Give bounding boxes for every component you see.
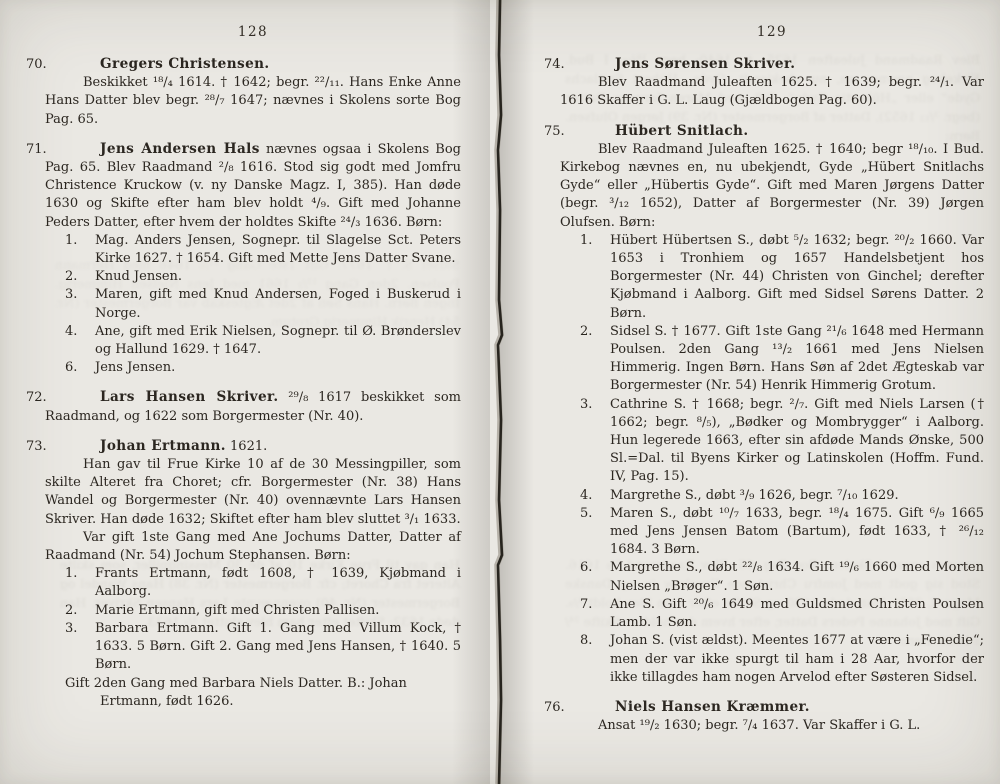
paragraph: Blev Raadmand Juleaften 1625. † 1640; be… (560, 141, 984, 232)
entry-heading: Lars Hansen Skriver. ²⁹/₈ 1617 beskikket… (45, 388, 461, 425)
child-item: 8.Johan S. (vist ældst). Meentes 1677 at… (560, 632, 984, 687)
child-text: Maren S., døbt ¹⁰/₇ 1633, begr. ¹⁸/₄ 167… (610, 506, 984, 557)
page-number: 128 (45, 24, 461, 40)
child-item: 7.Ane S. Gift ²⁰/₆ 1649 med Guldsmed Chr… (560, 596, 984, 632)
child-text: Mag. Anders Jensen, Sognepr. til Slagels… (95, 233, 461, 266)
child-text: Ane S. Gift ²⁰/₆ 1649 med Guldsmed Chris… (610, 597, 984, 630)
entry-heading: Niels Hansen Kræmmer. (560, 698, 984, 717)
paragraph: Ansat ¹⁹/₂ 1630; begr. ⁷/₄ 1637. Var Ska… (560, 717, 984, 735)
entry-list: 70.Gregers Christensen.Beskikket ¹⁸/₄ 16… (45, 55, 461, 711)
child-text: Jens Jensen. (95, 360, 175, 375)
entry-heading: Hübert Snitlach. (560, 122, 984, 141)
child-number: 5. (580, 505, 606, 523)
child-item: 4.Margrethe S., døbt ³/₉ 1626, begr. ⁷/₁… (560, 487, 984, 505)
child-number: 3. (580, 396, 606, 414)
entry-name: Johan Ertmann. (100, 438, 226, 454)
entry-number: 73. (26, 438, 47, 456)
entry-heading: Jens Sørensen Skriver. (560, 55, 984, 74)
entry: 73.Johan Ertmann. 1621.Han gav til Frue … (45, 437, 461, 711)
child-number: 4. (580, 487, 606, 505)
child-text: Frants Ertmann, født 1608, † 1639, Kjøbm… (95, 566, 461, 599)
child-item: 4.Ane, gift med Erik Nielsen, Sognepr. t… (45, 323, 461, 359)
child-number: 8. (580, 632, 606, 650)
page-right: 129 74.Jens Sørensen Skriver.Blev Raadma… (560, 24, 984, 746)
child-number: 6. (580, 559, 606, 577)
child-text: Barbara Ertmann. Gift 1. Gang med Villum… (95, 621, 461, 672)
page-number: 129 (560, 24, 984, 40)
child-item: 3.Barbara Ertmann. Gift 1. Gang med Vill… (45, 620, 461, 675)
child-item: 3.Maren, gift med Knud Andersen, Foged i… (45, 286, 461, 322)
entry-number: 76. (544, 699, 565, 717)
binding-line-graphic (486, 0, 514, 784)
gutter-shadow (500, 0, 534, 784)
child-item: 6.Jens Jensen. (45, 359, 461, 377)
entry-heading: Gregers Christensen. (45, 55, 461, 74)
entry-heading: Jens Andersen Hals nævnes ogsaa i Skolen… (45, 140, 461, 232)
paragraph: Beskikket ¹⁸/₄ 1614. † 1642; begr. ²²/₁₁… (45, 74, 461, 129)
entry: 76.Niels Hansen Kræmmer.Ansat ¹⁹/₂ 1630;… (560, 698, 984, 735)
paragraph: Han gav til Frue Kirke 10 af de 30 Messi… (45, 456, 461, 529)
entry-number: 72. (26, 389, 47, 407)
binding-gutter (486, 0, 514, 784)
child-number: 2. (65, 268, 91, 286)
child-text: Johan S. (vist ældst). Meentes 1677 at v… (610, 633, 984, 684)
entry-number: 75. (544, 123, 565, 141)
child-number: 1. (65, 232, 91, 250)
child-item: 1.Frants Ertmann, født 1608, † 1639, Kjø… (45, 565, 461, 601)
entry-heading: Johan Ertmann. 1621. (45, 437, 461, 456)
entry: 75.Hübert Snitlach.Blev Raadmand Juleaft… (560, 122, 984, 687)
child-text: Marie Ertmann, gift med Christen Pallise… (95, 603, 379, 618)
child-number: 6. (65, 359, 91, 377)
entry: 74.Jens Sørensen Skriver.Blev Raadmand J… (560, 55, 984, 111)
child-item: 5.Maren S., døbt ¹⁰/₇ 1633, begr. ¹⁸/₄ 1… (560, 505, 984, 560)
entry-number: 71. (26, 141, 47, 159)
child-text: Sidsel S. † 1677. Gift 1ste Gang ²¹/₆ 16… (610, 324, 984, 394)
child-item: 2.Marie Ertmann, gift med Christen Palli… (45, 602, 461, 620)
entry-name: Hübert Snitlach. (615, 123, 748, 139)
entry-number: 74. (544, 56, 565, 74)
page-left: 128 70.Gregers Christensen.Beskikket ¹⁸/… (45, 24, 461, 722)
child-number: 1. (65, 565, 91, 583)
child-text: Ane, gift med Erik Nielsen, Sognepr. til… (95, 324, 461, 357)
entry-name: Gregers Christensen. (100, 56, 270, 72)
child-number: 3. (65, 286, 91, 304)
child-item: 1.Hübert Hübertsen S., døbt ⁵/₂ 1632; be… (560, 232, 984, 323)
child-number: 4. (65, 323, 91, 341)
child-number: 3. (65, 620, 91, 638)
child-text: Margrethe S., døbt ³/₉ 1626, begr. ⁷/₁₀ … (610, 488, 899, 503)
child-number: 2. (65, 602, 91, 620)
paragraph: Var gift 1ste Gang med Ane Jochums Datte… (45, 529, 461, 565)
child-text: Knud Jensen. (95, 269, 182, 284)
child-text: Maren, gift med Knud Andersen, Foged i B… (95, 287, 461, 320)
entry-name: Lars Hansen Skriver. (100, 389, 278, 405)
post-paragraph: Gift 2den Gang med Barbara Niels Datter.… (45, 675, 461, 711)
entry-name: Jens Sørensen Skriver. (615, 56, 795, 72)
child-item: 2.Sidsel S. † 1677. Gift 1ste Gang ²¹/₆ … (560, 323, 984, 396)
child-number: 7. (580, 596, 606, 614)
child-item: 1.Mag. Anders Jensen, Sognepr. til Slage… (45, 232, 461, 268)
entry: 72.Lars Hansen Skriver. ²⁹/₈ 1617 beskik… (45, 388, 461, 425)
entry-name: Niels Hansen Kræmmer. (615, 699, 810, 715)
entry: 70.Gregers Christensen.Beskikket ¹⁸/₄ 16… (45, 55, 461, 129)
child-number: 1. (580, 232, 606, 250)
entry-inline-text: 1621. (226, 439, 267, 454)
child-item: 6.Margrethe S., døbt ²²/₈ 1634. Gift ¹⁹/… (560, 559, 984, 595)
child-text: Cathrine S. † 1668; begr. ²/₇. Gift med … (610, 397, 984, 485)
entry-number: 70. (26, 56, 47, 74)
child-text: Margrethe S., døbt ²²/₈ 1634. Gift ¹⁹/₆ … (610, 560, 984, 593)
child-item: 3.Cathrine S. † 1668; begr. ²/₇. Gift me… (560, 396, 984, 487)
child-number: 2. (580, 323, 606, 341)
entry: 71.Jens Andersen Hals nævnes ogsaa i Sko… (45, 140, 461, 378)
child-item: 2.Knud Jensen. (45, 268, 461, 286)
entry-name: Jens Andersen Hals (100, 141, 260, 157)
paragraph: Blev Raadmand Juleaften 1625. † 1639; be… (560, 74, 984, 110)
entry-list: 74.Jens Sørensen Skriver.Blev Raadmand J… (560, 55, 984, 735)
child-text: Hübert Hübertsen S., døbt ⁵/₂ 1632; begr… (610, 233, 984, 321)
